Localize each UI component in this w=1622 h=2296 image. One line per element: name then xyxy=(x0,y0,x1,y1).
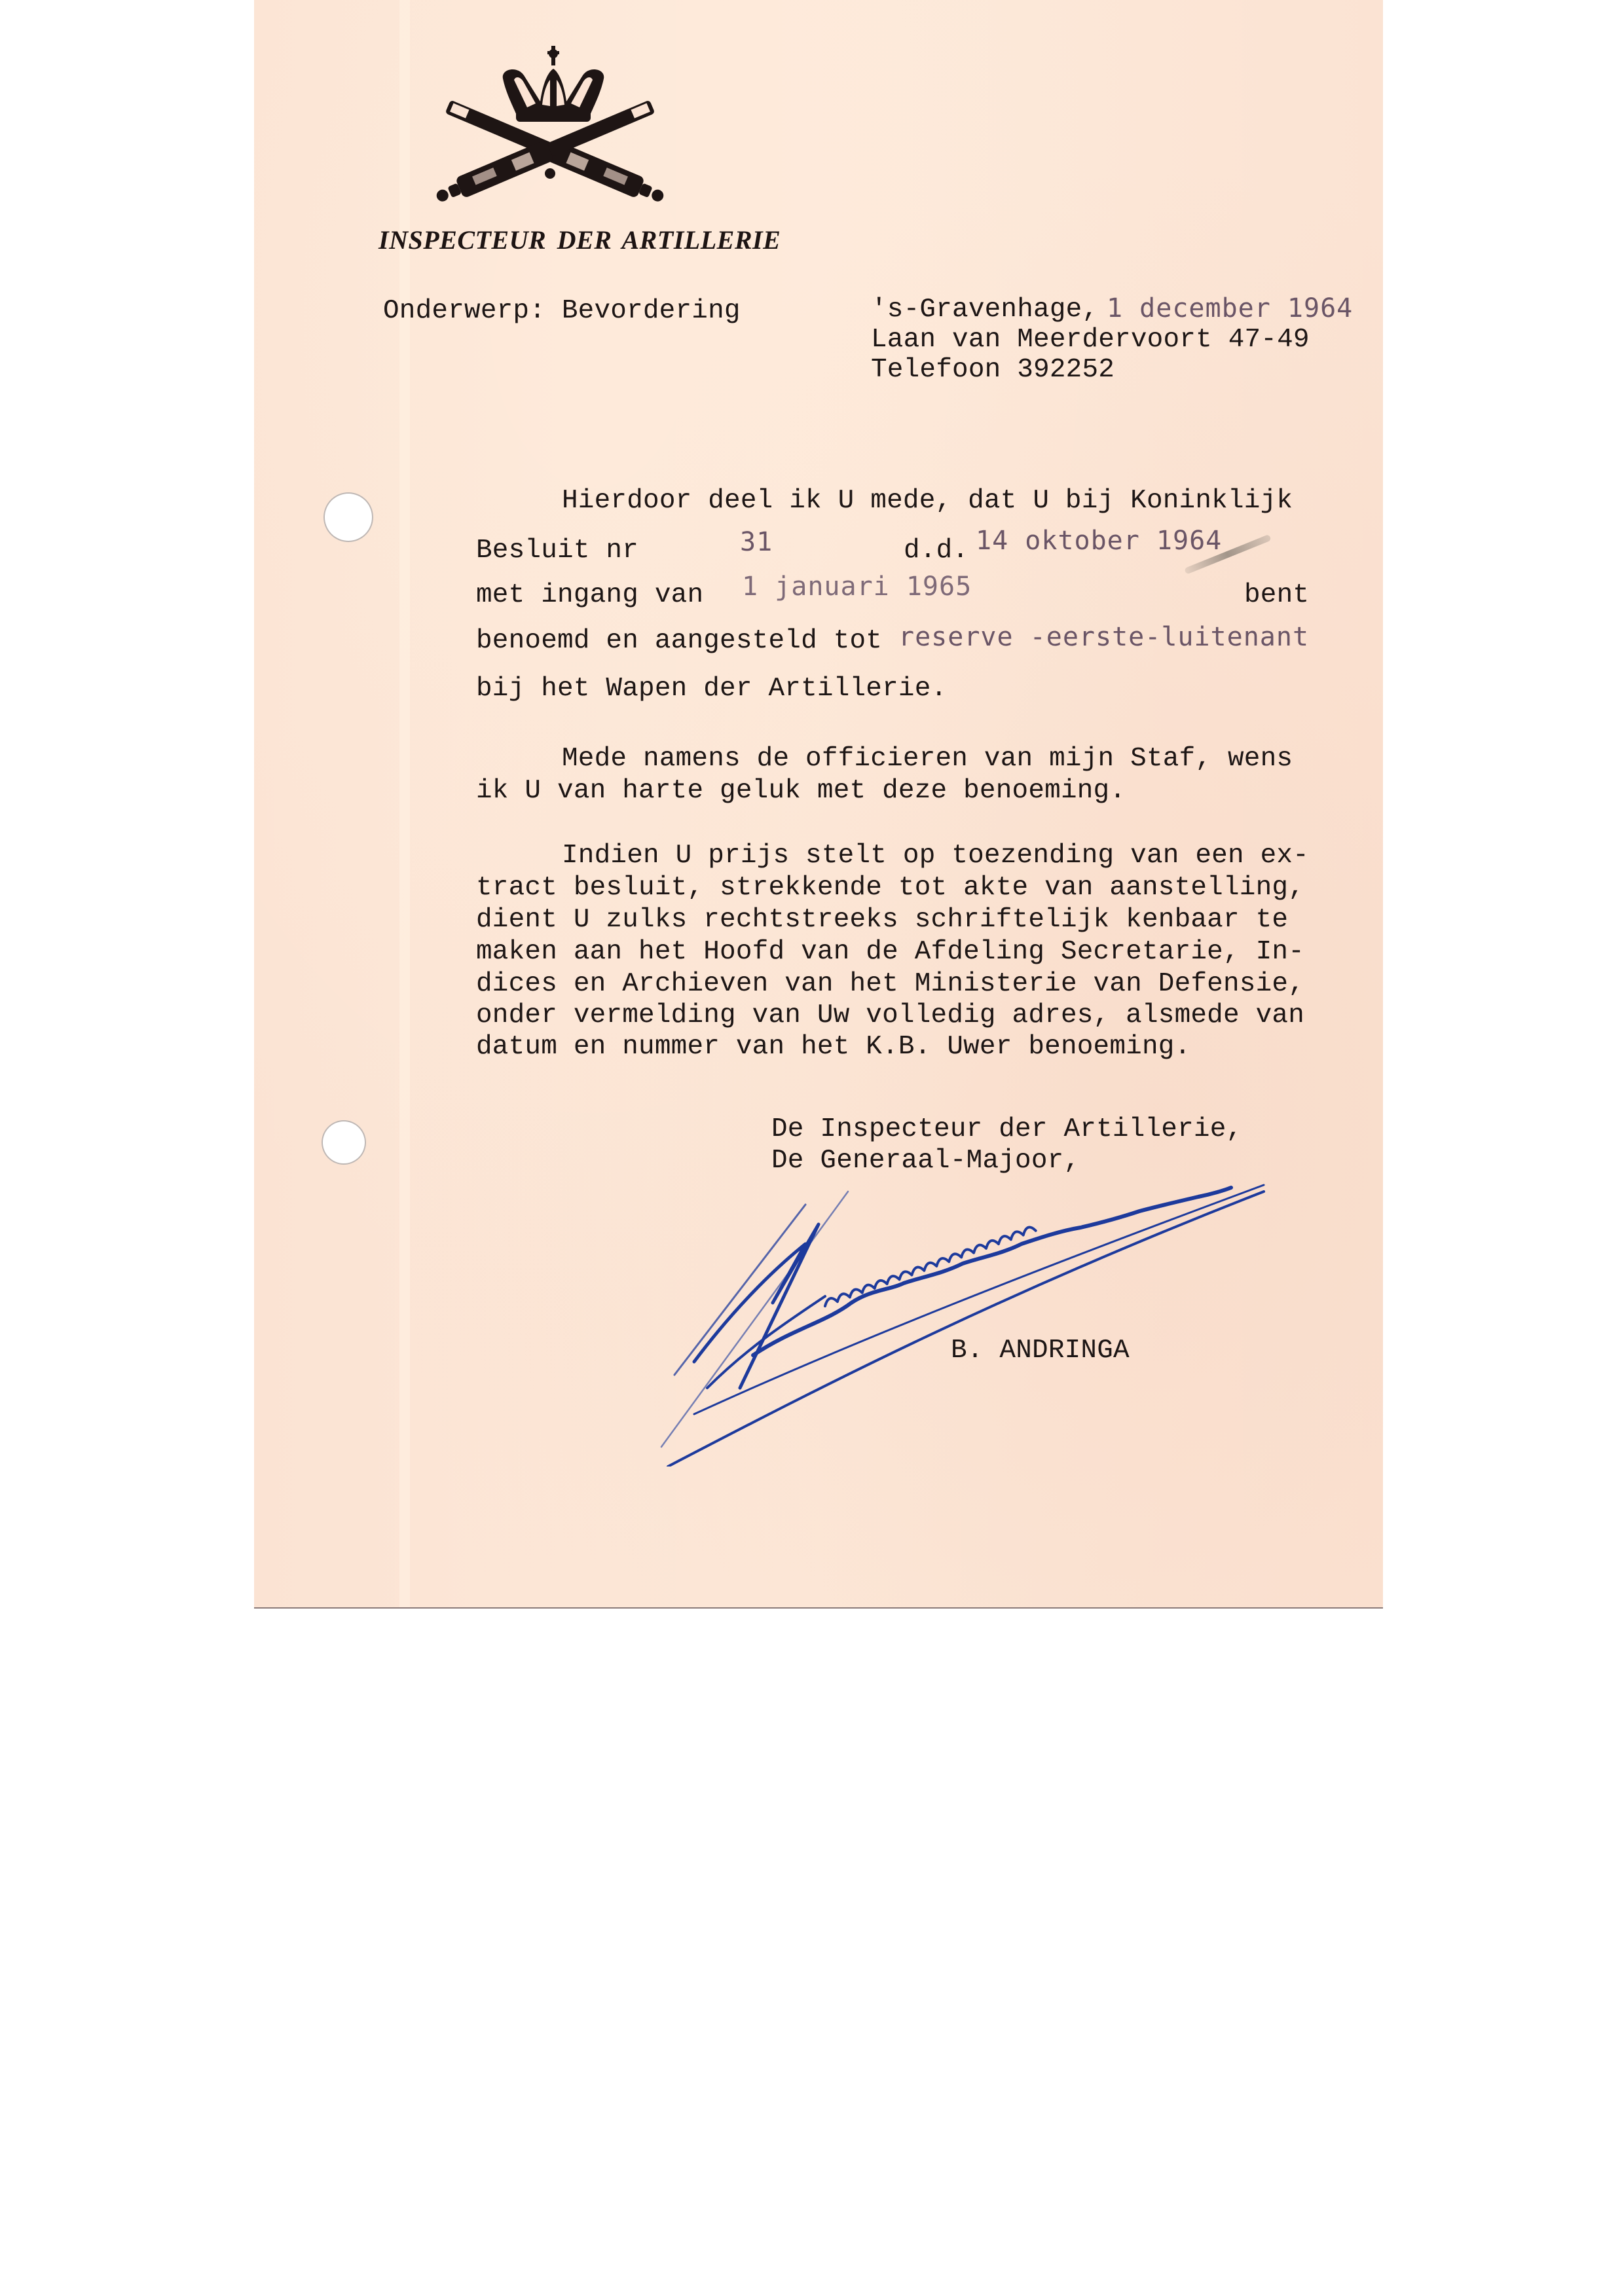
subject-value: Bevordering xyxy=(562,296,741,326)
besluit-label: Besluit nr xyxy=(476,538,638,564)
bent-word: bent xyxy=(1244,582,1309,609)
dd-label: d.d. xyxy=(904,538,968,564)
body-line: onder vermelding van Uw volledig adres, … xyxy=(476,1002,1304,1029)
letter-date: 1 december 1964 xyxy=(1107,295,1353,321)
signature-icon xyxy=(655,1165,1388,1467)
letterhead-organization: INSPECTEUR DER ARTILLERIE xyxy=(378,225,781,255)
closing-title-1: De Inspecteur der Artillerie, xyxy=(771,1116,1242,1143)
address: Laan van Meerdervoort 47-49 xyxy=(871,327,1310,354)
subject-label: Onderwerp: xyxy=(383,296,545,326)
body-line: Hierdoor deel ik U mede, dat U bij Konin… xyxy=(562,488,1293,515)
besluit-number: 31 xyxy=(740,529,773,555)
body-line: maken aan het Hoofd van de Afdeling Secr… xyxy=(476,939,1304,966)
body-line: tract besluit, strekkende tot akte van a… xyxy=(476,875,1304,902)
body-line: bij het Wapen der Artillerie. xyxy=(476,676,947,702)
body-line: dices en Archieven van het Ministerie va… xyxy=(476,971,1304,998)
phone: Telefoon 392252 xyxy=(871,357,1115,384)
benoemd-label: benoemd en aangesteld tot xyxy=(476,628,882,655)
punch-hole-bottom xyxy=(322,1120,366,1165)
crown-cannons-emblem-icon xyxy=(419,39,681,210)
body-line: Mede namens de officieren van mijn Staf,… xyxy=(562,746,1293,773)
punch-hole-top xyxy=(323,492,373,542)
body-line: dient U zulks rechtstreeks schriftelijk … xyxy=(476,907,1288,934)
body-line: datum en nummer van het K.B. Uwer benoem… xyxy=(476,1034,1190,1061)
body-line: ik U van harte geluk met deze benoeming. xyxy=(476,778,1126,805)
ingang-label: met ingang van xyxy=(476,582,703,609)
rank: reserve -eerste-luitenant xyxy=(898,624,1309,650)
ingang-date: 1 januari 1965 xyxy=(742,574,972,600)
signatory-name: B. ANDRINGA xyxy=(951,1338,1130,1364)
besluit-date: 14 oktober 1964 xyxy=(976,528,1222,554)
place: 's-Gravenhage, xyxy=(871,297,1098,323)
body-line: Indien U prijs stelt op toezending van e… xyxy=(562,843,1309,869)
subject-line: Onderwerp: Bevordering xyxy=(383,298,741,325)
